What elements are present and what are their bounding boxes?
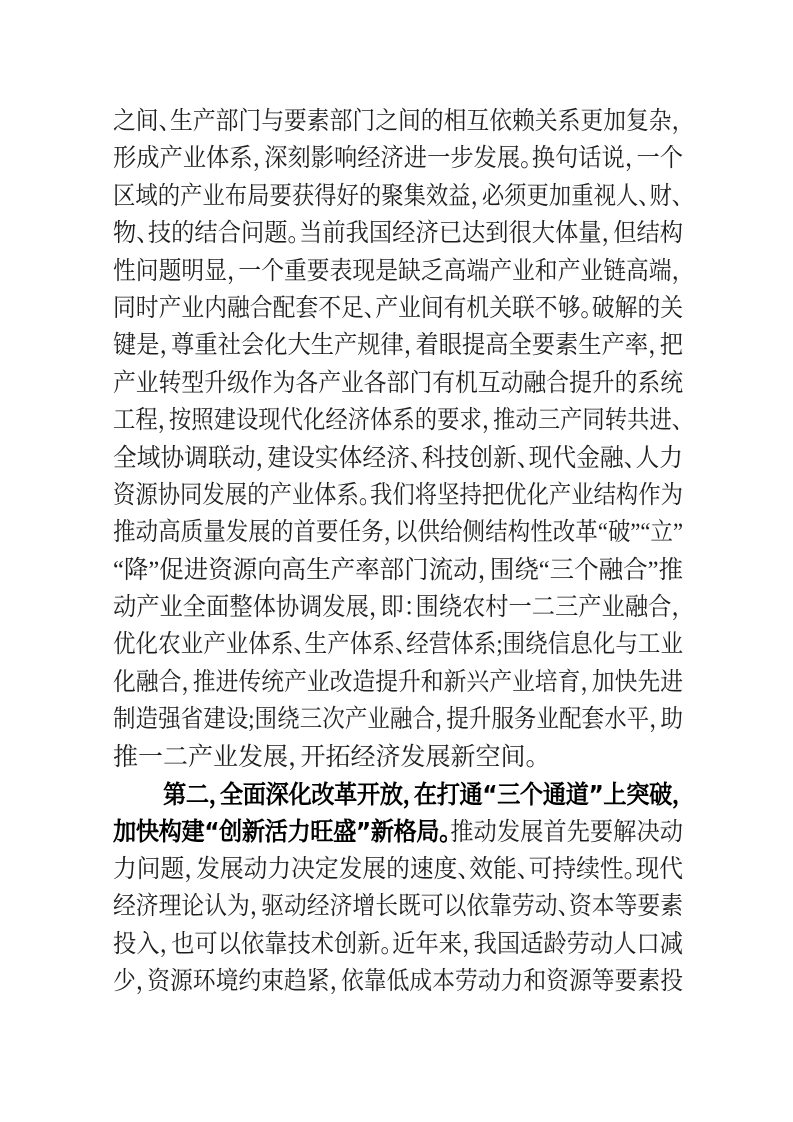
text-line-paragraph-end: 推一二产业发展，开拓经济发展新空间。: [113, 739, 683, 776]
paragraph-heading-line: 加快构建“创新活力旺盛”新格局。推动发展首先要解决动: [113, 813, 683, 850]
text-line: 工程，按照建设现代化经济体系的要求，推动三产同转共进、: [113, 402, 683, 439]
text-line: 键是，尊重社会化大生产规律，着眼提高全要素生产率，把: [113, 327, 683, 364]
text-line: 物、技的结合问题。当前我国经济已达到很大体量，但结构: [113, 215, 683, 252]
text-line: “降”促进资源向高生产率部门流动，围绕“三个融合”推: [113, 552, 683, 589]
text-body: 之间、生产部门与要素部门之间的相互依赖关系更加复杂， 形成产业体系，深刻影响经济…: [113, 103, 683, 1000]
body-regular-text: 推动发展首先要解决动: [450, 819, 683, 846]
text-line: 形成产业体系，深刻影响经济进一步发展。换句话说，一个: [113, 140, 683, 177]
text-line: 同时产业内融合配套不足、产业间有机关联不够。破解的关: [113, 290, 683, 327]
text-line: 区域的产业布局要获得好的聚集效益，必须更加重视人、财、: [113, 178, 683, 215]
text-line: 力问题，发展动力决定发展的速度、效能、可持续性。现代: [113, 851, 683, 888]
text-line: 动产业全面整体协调发展，即：围绕农村一二三产业融合，: [113, 589, 683, 626]
text-line: 之间、生产部门与要素部门之间的相互依赖关系更加复杂，: [113, 103, 683, 140]
text-line: 性问题明显，一个重要表现是缺乏高端产业和产业链高端，: [113, 253, 683, 290]
text-line: 全域协调联动，建设实体经济、科技创新、现代金融、人力: [113, 440, 683, 477]
text-line: 化融合，推进传统产业改造提升和新兴产业培育，加快先进: [113, 664, 683, 701]
paragraph-heading-line: 第二，全面深化改革开放，在打通“三个通道”上突破，: [113, 776, 683, 813]
text-line: 投入，也可以依靠技术创新。近年来，我国适龄劳动人口减: [113, 926, 683, 963]
text-line: 制造强省建设;围绕三次产业融合，提升服务业配套水平，助: [113, 701, 683, 738]
text-line: 产业转型升级作为各产业各部门有机互动融合提升的系统: [113, 365, 683, 402]
text-line: 推动高质量发展的首要任务，以供给侧结构性改革“破”“立”: [113, 514, 683, 551]
text-line: 经济理论认为，驱动经济增长既可以依靠劳动、资本等要素: [113, 888, 683, 925]
text-line: 优化农业产业体系、生产体系、经营体系;围绕信息化与工业: [113, 626, 683, 663]
text-line: 少，资源环境约束趋紧，依靠低成本劳动力和资源等要素投: [113, 963, 683, 1000]
document-page: 之间、生产部门与要素部门之间的相互依赖关系更加复杂， 形成产业体系，深刻影响经济…: [0, 0, 793, 1122]
text-line: 资源协同发展的产业体系。我们将坚持把优化产业结构作为: [113, 477, 683, 514]
heading-bold-text: 加快构建“创新活力旺盛”新格局。: [113, 817, 450, 846]
